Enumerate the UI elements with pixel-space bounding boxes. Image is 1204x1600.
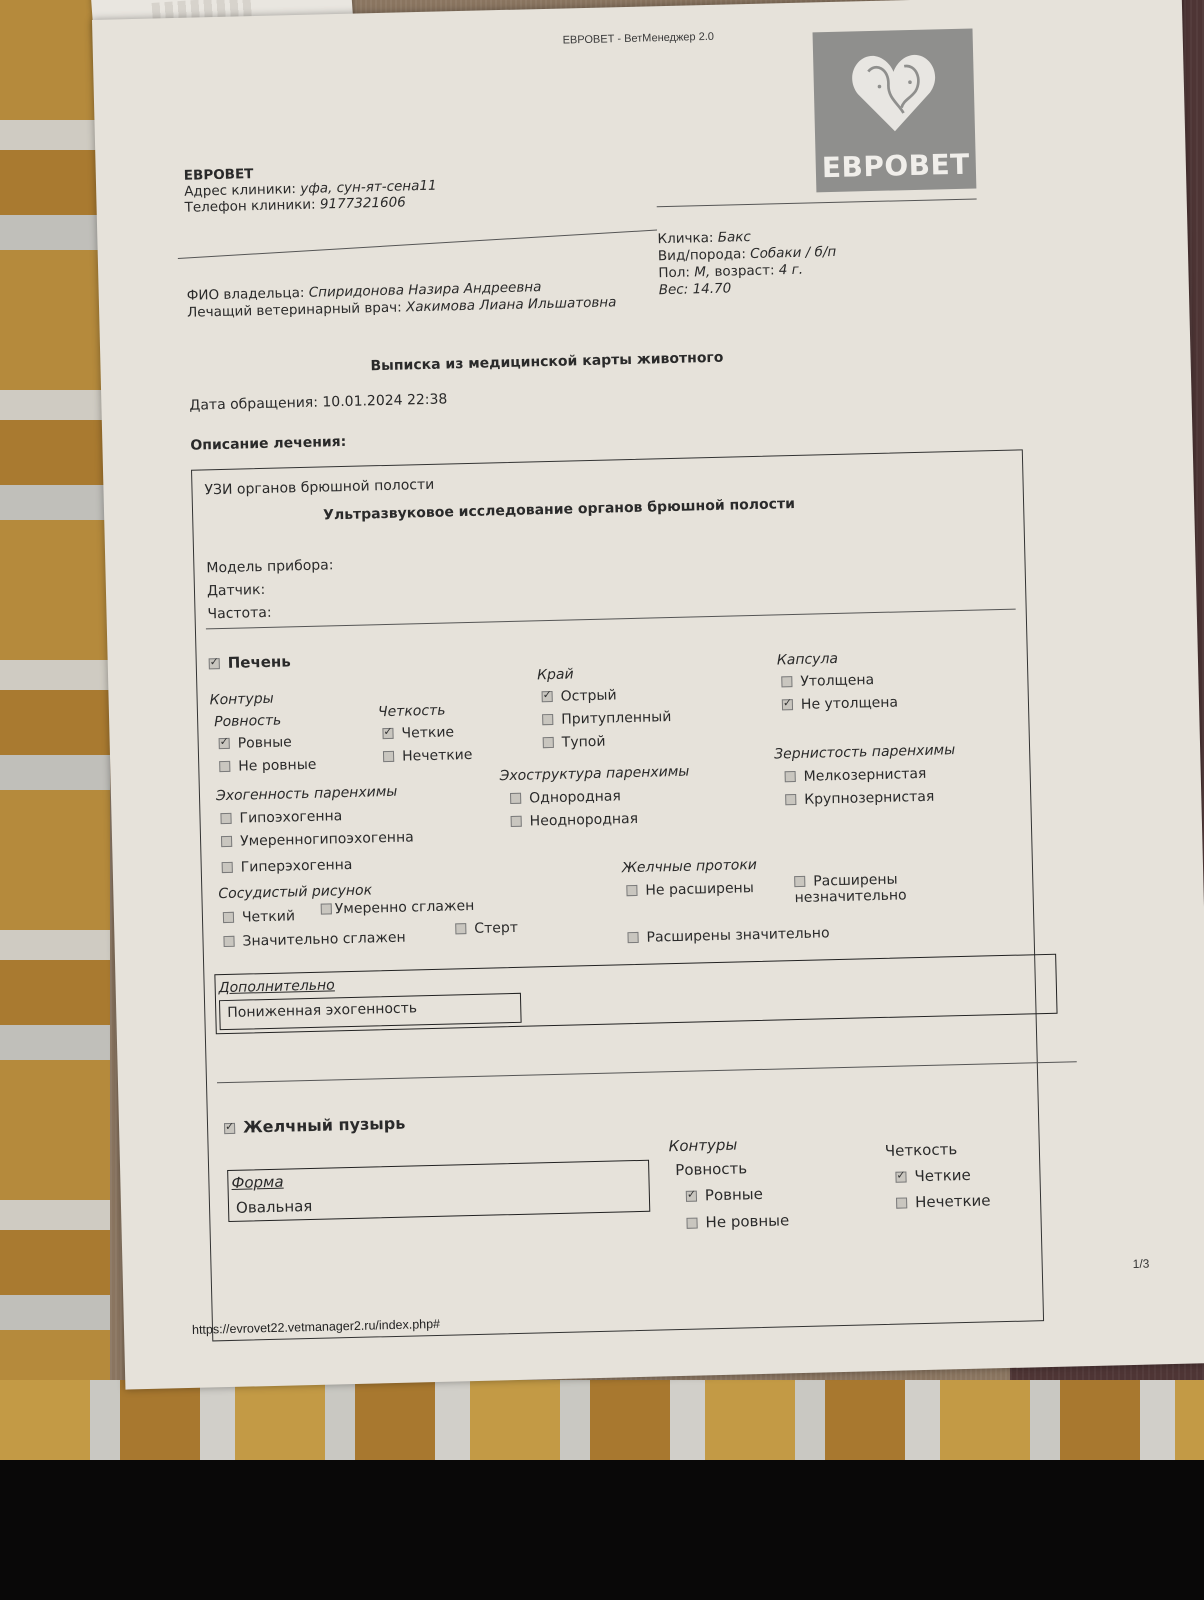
option-label: Не ровные xyxy=(705,1211,789,1231)
option-label: Острый xyxy=(560,687,616,704)
pet-info: Кличка: Бакс Вид/порода: Собаки / б/п По… xyxy=(657,227,837,299)
clinic-info: ЕВРОВЕТ Адрес клиники: уфа, сун-ят-сена1… xyxy=(184,162,438,216)
checkbox[interactable] xyxy=(895,1171,906,1182)
treatment-description-label: Описание лечения: xyxy=(190,434,346,454)
option-label: Расширены значительно xyxy=(646,925,829,945)
liver-capsule-label: Капсула xyxy=(777,651,839,668)
gallbladder-title: Желчный пузырь xyxy=(243,1114,406,1137)
pet-breed-label: Вид/порода: xyxy=(658,246,746,264)
liver-edge-option-3[interactable]: Тупой xyxy=(543,734,606,752)
pet-name-value: Бакс xyxy=(718,229,752,246)
checkbox[interactable] xyxy=(626,885,637,896)
pet-weight-value: 14.70 xyxy=(692,280,731,297)
checkbox[interactable] xyxy=(794,876,805,887)
liver-echostructure-label: Эхоструктура паренхимы xyxy=(499,764,689,785)
pet-weight-label: Вес: xyxy=(659,282,689,299)
gallbladder-shape-value[interactable]: Овальная xyxy=(236,1197,313,1217)
dark-floor xyxy=(0,1460,1204,1600)
option-label: Утолщена xyxy=(800,672,874,690)
checkbox[interactable] xyxy=(510,793,521,804)
checkbox[interactable] xyxy=(785,794,796,805)
liver-bile-ducts-option-2[interactable]: Расширены незначительно xyxy=(794,869,985,906)
option-label: Четкие xyxy=(914,1166,971,1185)
liver-smoothness-label: Ровность xyxy=(214,713,281,731)
option-label: Не расширены xyxy=(645,880,754,899)
header-divider xyxy=(657,198,977,207)
gallbladder-section-header[interactable]: Желчный пузырь xyxy=(224,1114,406,1137)
clinic-logo: ЕВРОВЕТ xyxy=(813,28,977,192)
liver-capsule-option-1[interactable]: Утолщена xyxy=(781,672,874,690)
pet-age-value: 4 г. xyxy=(779,262,804,279)
checkbox[interactable] xyxy=(785,771,796,782)
liver-granularity-option-1[interactable]: Мелкозернистая xyxy=(785,766,927,785)
visit-date-label: Дата обращения: xyxy=(189,395,318,414)
liver-edge-option-2[interactable]: Притупленный xyxy=(542,709,671,728)
exam-divider xyxy=(206,609,1016,630)
checkbox[interactable] xyxy=(781,676,792,687)
option-label: Ровные xyxy=(705,1185,763,1204)
liver-echogenicity-label: Эхогенность паренхимы xyxy=(216,784,398,804)
checkbox[interactable] xyxy=(382,728,393,739)
service-name: УЗИ органов брюшной полости xyxy=(204,477,434,499)
gallbladder-contours-label: Контуры xyxy=(668,1136,737,1156)
liver-additional-label: Дополнительно xyxy=(218,977,334,996)
sensor-label: Датчик: xyxy=(207,582,266,599)
pet-breed-value: Собаки / б/п xyxy=(750,244,836,262)
checkbox[interactable] xyxy=(542,691,553,702)
checkbox[interactable] xyxy=(222,862,233,873)
checkbox[interactable] xyxy=(542,714,553,725)
liver-granularity-option-2[interactable]: Крупнозернистая xyxy=(785,789,934,809)
liver-vascular-option-4[interactable]: Стерт xyxy=(455,920,518,938)
tablecloth-border-left xyxy=(0,0,110,1470)
app-caption: ЕВРОВЕТ - ВетМенеджер 2.0 xyxy=(562,31,714,47)
liver-divider xyxy=(217,1061,1077,1083)
liver-clarity-option-2[interactable]: Нечеткие xyxy=(383,747,473,765)
gallbladder-checkbox[interactable] xyxy=(224,1123,235,1134)
liver-title: Печень xyxy=(228,652,291,672)
liver-edge-label: Край xyxy=(537,666,574,683)
option-label: Тупой xyxy=(562,734,606,751)
liver-section-header[interactable]: Печень xyxy=(209,652,291,672)
checkbox[interactable] xyxy=(455,923,466,934)
option-label: Четкие xyxy=(401,724,454,741)
visit-date-value: 10.01.2024 22:38 xyxy=(322,391,447,410)
liver-echogenicity-option-1[interactable]: Гипоэхогенна xyxy=(220,808,342,827)
frequency-label: Частота: xyxy=(207,605,271,623)
checkbox[interactable] xyxy=(321,903,332,914)
option-label: Значительно сглажен xyxy=(242,930,406,950)
option-label: Нечеткие xyxy=(402,747,473,765)
option-label: Умеренногипоэхогенна xyxy=(240,829,414,849)
checkbox[interactable] xyxy=(221,836,232,847)
checkbox[interactable] xyxy=(686,1191,697,1202)
gallbladder-smoothness-label: Ровность xyxy=(675,1159,747,1179)
liver-echogenicity-option-3[interactable]: Гиперэхогенна xyxy=(222,857,353,876)
pet-sex-label: Пол: xyxy=(658,264,690,281)
document-title: Выписка из медицинской карты животного xyxy=(370,350,723,375)
option-label: Умеренно сглажен xyxy=(335,898,475,917)
liver-edge-option-1[interactable]: Острый xyxy=(541,687,616,705)
liver-clarity-label: Четкость xyxy=(378,703,446,721)
liver-capsule-option-2[interactable]: Не утолщена xyxy=(782,695,898,714)
pet-age-label: возраст: xyxy=(714,262,774,279)
liver-bile-ducts-option-3[interactable]: Расширены значительно xyxy=(627,925,829,946)
checkbox[interactable] xyxy=(511,816,522,827)
option-label: Расширены незначительно xyxy=(794,872,906,907)
clinic-phone-label: Телефон клиники: xyxy=(184,197,315,216)
option-label: Ровные xyxy=(238,734,292,751)
checkbox[interactable] xyxy=(686,1218,697,1229)
checkbox[interactable] xyxy=(627,932,638,943)
pet-sex-value: М, xyxy=(694,264,710,280)
device-model-label: Модель прибора: xyxy=(206,557,333,576)
checkbox[interactable] xyxy=(543,737,554,748)
liver-bile-ducts-option-1[interactable]: Не расширены xyxy=(626,880,754,899)
option-label: Не утолщена xyxy=(801,695,898,713)
liver-checkbox[interactable] xyxy=(209,658,220,669)
checkbox[interactable] xyxy=(219,761,230,772)
option-label: Неоднородная xyxy=(530,811,639,830)
exam-heading: Ультразвуковое исследование органов брюш… xyxy=(323,496,795,524)
pet-weight: Вес: 14.70 xyxy=(659,278,838,299)
logo-text: ЕВРОВЕТ xyxy=(815,147,976,184)
option-label: Крупнозернистая xyxy=(804,789,934,808)
visit-date: Дата обращения: 10.01.2024 22:38 xyxy=(189,391,447,413)
liver-vascular-label: Сосудистый рисунок xyxy=(218,882,372,902)
liver-granularity-label: Зернистость паренхимы xyxy=(774,742,955,762)
liver-echostructure-option-1[interactable]: Однородная xyxy=(510,788,621,807)
checkbox[interactable] xyxy=(223,912,234,923)
header-divider-left xyxy=(178,230,657,259)
dog-cat-heart-logo-icon xyxy=(848,47,940,139)
option-label: Гиперэхогенна xyxy=(241,857,353,876)
option-label: Четкий xyxy=(242,908,295,925)
option-label: Мелкозернистая xyxy=(804,766,927,785)
gallbladder-clarity-option-2[interactable]: Нечеткие xyxy=(896,1191,991,1211)
liver-contours-label: Контуры xyxy=(209,691,273,709)
document-page: ЕВРОВЕТ - ВетМенеджер 2.0 ЕВРОВЕТ ЕВРОВЕ… xyxy=(92,0,1204,1390)
liver-vascular-option-3[interactable]: Значительно сглажен xyxy=(223,930,406,950)
treatment-frame: УЗИ органов брюшной полости Ультразвуков… xyxy=(191,449,1044,1341)
liver-vascular-option-2[interactable]: Умеренно сглажен xyxy=(321,898,475,918)
liver-smooth-option-2[interactable]: Не ровные xyxy=(219,757,316,775)
gallbladder-smooth-option-2[interactable]: Не ровные xyxy=(686,1211,789,1232)
gallbladder-shape-label: Форма xyxy=(231,1173,284,1192)
checkbox[interactable] xyxy=(896,1197,907,1208)
option-label: Стерт xyxy=(474,920,518,937)
checkbox[interactable] xyxy=(383,751,394,762)
clinic-address-value: уфа, сун-ят-сена11 xyxy=(300,178,437,197)
option-label: Не ровные xyxy=(238,757,316,775)
gallbladder-clarity-option-1[interactable]: Четкие xyxy=(895,1166,971,1186)
liver-echogenicity-option-2[interactable]: Умеренногипоэхогенна xyxy=(221,829,414,850)
owner-label: ФИО владельца: xyxy=(187,285,305,304)
checkbox[interactable] xyxy=(219,738,230,749)
option-label: Гипоэхогенна xyxy=(239,808,342,827)
liver-vascular-option-1[interactable]: Четкий xyxy=(223,908,295,926)
clinic-phone-value: 9177321606 xyxy=(320,194,406,212)
pet-name-label: Кличка: xyxy=(657,230,713,247)
checkbox[interactable] xyxy=(220,813,231,824)
liver-clarity-option-1[interactable]: Четкие xyxy=(382,724,454,742)
option-label: Нечеткие xyxy=(915,1191,991,1211)
liver-echostructure-option-2[interactable]: Неоднородная xyxy=(511,811,639,830)
liver-bile-ducts-label: Желчные протоки xyxy=(622,857,757,876)
page-number: 1/3 xyxy=(1133,1257,1150,1271)
liver-smooth-option-1[interactable]: Ровные xyxy=(219,734,292,752)
checkbox[interactable] xyxy=(223,936,234,947)
gallbladder-smooth-option-1[interactable]: Ровные xyxy=(686,1185,763,1205)
gallbladder-clarity-label: Четкость xyxy=(885,1140,958,1160)
owner-info: ФИО владельца: Спиридонова Назира Андрее… xyxy=(187,277,628,322)
option-label: Притупленный xyxy=(561,709,671,728)
checkbox[interactable] xyxy=(782,699,793,710)
option-label: Однородная xyxy=(529,788,621,806)
